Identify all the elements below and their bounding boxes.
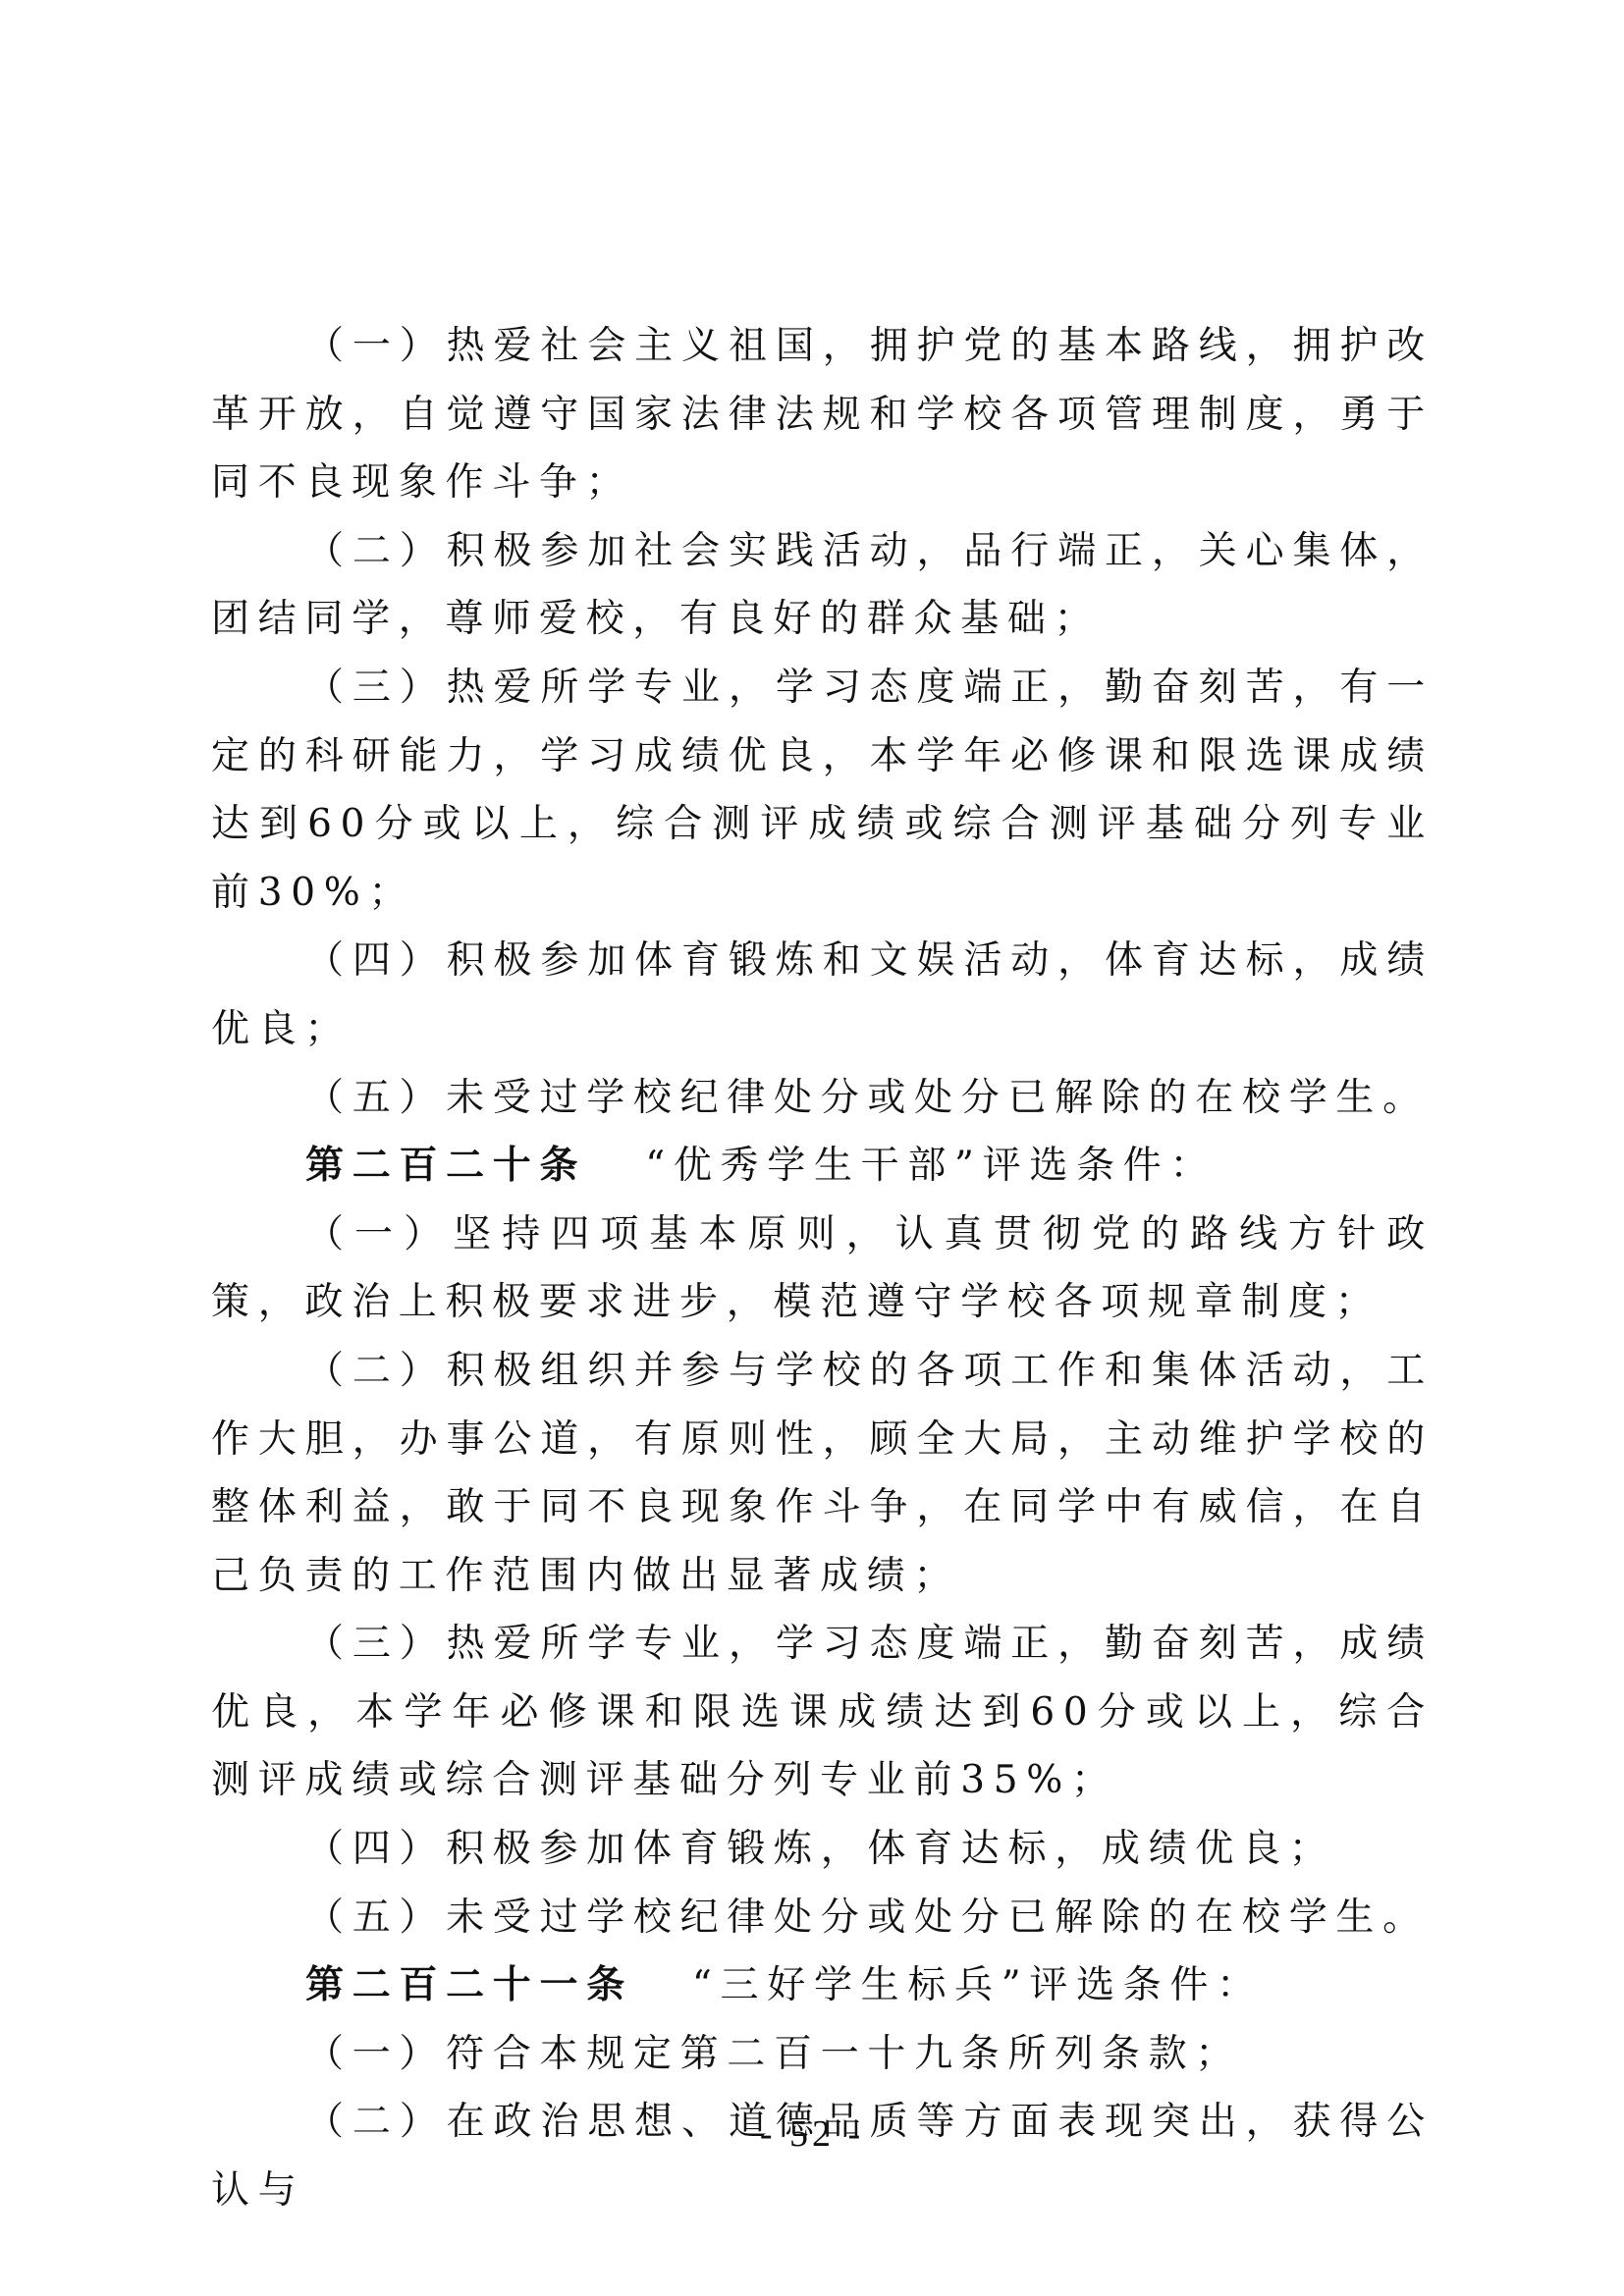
document-body: （一）热爱社会主义祖国，拥护党的基本路线，拥护改革开放，自觉遵守国家法律法规和学… [211, 312, 1434, 2225]
document-page: （一）热爱社会主义祖国，拥护党的基本路线，拥护改革开放，自觉遵守国家法律法规和学… [0, 0, 1624, 2296]
clause-220-item-3: （三）热爱所学专业，学习态度端正，勤奋刻苦，成绩优良，本学年必修课和限选课成绩达… [211, 1610, 1434, 1815]
clause-219-item-3: （三）热爱所学专业，学习态度端正，勤奋刻苦，有一定的科研能力，学习成绩优良，本学… [211, 654, 1434, 927]
clause-219-item-1: （一）热爱社会主义祖国，拥护党的基本路线，拥护改革开放，自觉遵守国家法律法规和学… [211, 312, 1434, 517]
clause-219-item-2: （二）积极参加社会实践活动，品行端正，关心集体，团结同学，尊师爱校，有良好的群众… [211, 517, 1434, 654]
clause-219-item-4: （四）积极参加体育锻炼和文娱活动，体育达标，成绩优良； [211, 927, 1434, 1063]
clause-221-item-1: （一）符合本规定第二百一十九条所列条款； [211, 2020, 1434, 2089]
article-221-heading: 第二百二十一条“三好学生标兵”评选条件： [211, 1951, 1434, 2020]
article-title: “优秀学生干部”评选条件： [645, 1144, 1217, 1188]
page-number: - 52 - [0, 2112, 1624, 2156]
article-220-heading: 第二百二十条“优秀学生干部”评选条件： [211, 1132, 1434, 1201]
article-title: “三好学生标兵”评选条件： [692, 1963, 1264, 2007]
clause-220-item-2: （二）积极组织并参与学校的各项工作和集体活动，工作大胆，办事公道，有原则性，顾全… [211, 1337, 1434, 1610]
clause-220-item-1: （一）坚持四项基本原则，认真贯彻党的路线方针政策，政治上积极要求进步，模范遵守学… [211, 1201, 1434, 1337]
clause-221-item-2: （二）在政治思想、道德品质等方面表现突出，获得公认与 [211, 2088, 1434, 2224]
clause-219-item-5: （五）未受过学校纪律处分或处分已解除的在校学生。 [211, 1064, 1434, 1133]
clause-220-item-5: （五）未受过学校纪律处分或处分已解除的在校学生。 [211, 1884, 1434, 1952]
article-number: 第二百二十一条 [305, 1963, 633, 2007]
clause-220-item-4: （四）积极参加体育锻炼，体育达标，成绩优良； [211, 1815, 1434, 1884]
article-number: 第二百二十条 [305, 1144, 586, 1188]
